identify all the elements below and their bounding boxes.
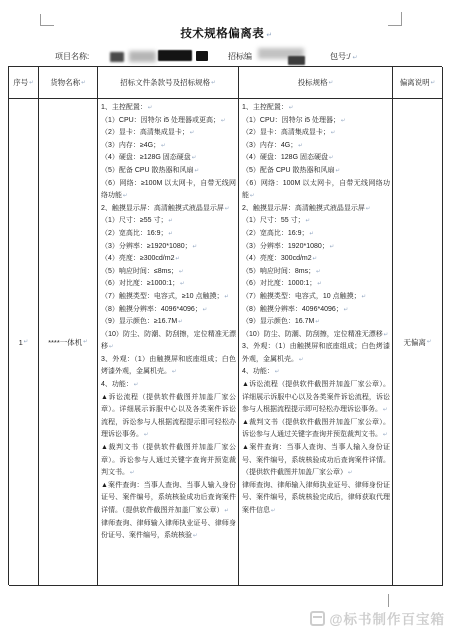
spec-paragraph: ▲诉讼流程（提供软件截图并加盖厂家公章）。详细展示诉服中心以及各类案件诉讼流程，… [242,379,390,417]
spec-paragraph: （2）显卡：高清集成显卡； [101,127,236,140]
spec-paragraph: （3）分辨率：1920*1080； [242,241,390,254]
spec-paragraph: （3）内存：≥4G； [101,140,236,153]
spec-paragraph: 2、触摸显示屏：高清触摸式液晶显示屏 [242,203,390,216]
spec-paragraph: （10）防尘、防潮、防刮擦，定位精准无漂移 [242,329,390,342]
redacted-project-name [196,51,208,61]
page-title: 技术规格偏离表 [0,25,453,41]
project-name-label: 项目名称: [55,51,89,62]
redacted-project-name [158,50,192,61]
bid-number-label: 招标编 [228,51,252,62]
package-number-label: 包号:/ [330,51,357,62]
spec-paragraph: 1、主控配置： [242,102,390,115]
spec-paragraph: ▲诉讼流程（提供软件截图并加盖厂家公章）。详细展示诉服中心以及各类案件诉讼流程，… [101,392,236,442]
crop-mark-top-right [388,12,402,26]
spec-paragraph: （10）防尘、防潮、防刮擦，定位精准无漂移 [101,329,236,354]
row-deviation-cell: 无偏离 [393,99,443,586]
document-info-line: 项目名称: 招标编 包号:/ [0,48,453,66]
spec-paragraph: （5）配备 CPU 散热器和风扇 [101,165,236,178]
deviation-table: 序号 货物名称 招标文件条款号及招标规格 投标规格 偏离说明 1 ****一体机… [8,66,442,585]
treasure-box-icon [310,611,325,626]
spec-paragraph: （8）触摸分辨率：4096*4096； [242,304,390,317]
spec-paragraph: （4）硬盘：≥128G 固态硬盘 [101,152,236,165]
spec-paragraph: （1）CPU：因特尔 i5 处理器或更高； [101,115,236,128]
spec-paragraph: （8）触摸分辨率：4096*4096； [101,304,236,317]
table-header-seq: 序号 [9,67,39,99]
spec-paragraph: 律师查询、律师输入律师执业证号、律师身份证号、案件编号，系统核验 [101,518,236,543]
row-response-spec-cell: 1、主控配置：（1）CPU：因特尔 i5 处理器；（2）显卡：高清集成显卡；（3… [239,99,393,586]
watermark-text: @标书制作百宝箱 [329,608,445,628]
spec-paragraph: （1）CPU：因特尔 i5 处理器； [242,115,390,128]
redacted-bid-number [288,56,305,65]
spec-paragraph: 4、功能： [242,366,390,379]
spec-paragraph: （5）配备 CPU 散热器和风扇 [242,165,390,178]
spec-paragraph: （3）内存：4G； [242,140,390,153]
spec-paragraph: （9）显示颜色：≥16.7M [101,316,236,329]
spec-paragraph: 1、主控配置： [101,102,236,115]
table-header-goods-name: 货物名称 [39,67,98,99]
spec-paragraph: 4、功能： [101,379,236,392]
spec-paragraph: （5）响应时间：≤8ms； [101,266,236,279]
spec-paragraph: 3、外观：（1）由触摸屏和底座组成；白色烤漆外观，金属机壳。 [242,341,390,366]
spec-paragraph: （7）触摸类型：电容式，≥10 点触摸； [101,291,236,304]
spec-paragraph: ▲案件查询：当事人查询、当事人输入身份证号、案件编号，系统核验成功后查询案件详情… [242,442,390,480]
row-bid-doc-spec-cell: 1、主控配置：（1）CPU：因特尔 i5 处理器或更高；（2）显卡：高清集成显卡… [98,99,239,586]
spec-paragraph: （1）尺寸：55 寸； [242,215,390,228]
spec-paragraph: （5）响应时间：8ms； [242,266,390,279]
table-header-response-spec: 投标规格 [239,67,393,99]
spec-paragraph: （1）尺寸：≥55 寸； [101,215,236,228]
row-goods-name-cell: ****一体机 [39,99,98,586]
spec-paragraph: ▲案件查询：当事人查询、当事人输入身份证号、案件编号，系统核验成功后查询案件详情… [101,480,236,518]
row-seq-cell: 1 [9,99,39,586]
redacted-project-name [110,52,124,62]
spec-paragraph: （6）网络：≥100M 以太网卡，自带无线网络功能 [101,178,236,203]
spec-paragraph: （2）显卡：高清集成显卡； [242,127,390,140]
spec-paragraph: ▲裁判文书（提供软件截图并加盖厂家公章）。诉讼参与人通过关键字查询并预览裁判文书… [242,417,390,442]
spec-paragraph: 3、外观：（1）由触摸屏和底座组成；白色烤漆外观，金属机壳。 [101,354,236,379]
spec-paragraph: （6）对比度：≥1000:1； [101,278,236,291]
spec-paragraph: ▲裁判文书（提供软件截图并加盖厂家公章）。诉讼参与人通过关键字查询并预览裁判文书… [101,442,236,480]
spec-paragraph: 律师查询、律师输入律师执业证号、律师身份证号、案件编号，系统核验完成后，律师获取… [242,480,390,518]
spec-paragraph: （3）分辨率：≥1920*1080； [101,241,236,254]
spec-paragraph: （4）硬盘：128G 固态硬盘 [242,152,390,165]
spec-paragraph: （4）亮度：≥300cd/m2 [101,253,236,266]
watermark: @标书制作百宝箱 [310,608,445,628]
spec-paragraph: 2、触摸显示屏：高清触摸式液晶显示屏 [101,203,236,216]
spec-paragraph: （6）对比度：1000:1； [242,278,390,291]
redacted-project-name [129,51,156,62]
spec-paragraph: （6）网络：100M 以太网卡，自带无线网络功能 [242,178,390,203]
spec-paragraph: （7）触摸类型：电容式，10 点触摸； [242,291,390,304]
spec-paragraph: （2）宽高比：16:9； [242,228,390,241]
spec-paragraph: （4）亮度：300cd/m2 [242,253,390,266]
table-header-deviation: 偏离说明 [393,67,443,99]
spec-paragraph: （9）显示颜色：16.7M [242,316,390,329]
margin-mark-bottom [388,594,389,607]
spec-paragraph: （2）宽高比：16:9； [101,228,236,241]
table-header-bid-doc-spec: 招标文件条款号及招标规格 [98,67,239,99]
